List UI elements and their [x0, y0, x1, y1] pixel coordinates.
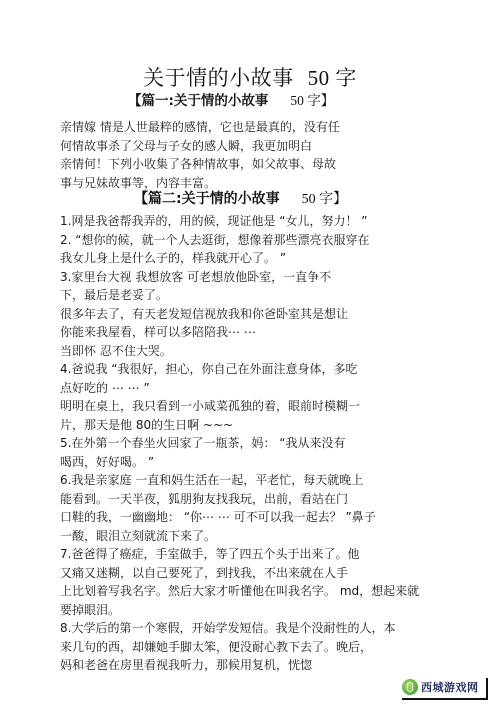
- page-title-text: 关于情的小故事: [143, 66, 294, 90]
- section-heading-2: 【篇二:关于情的小故事50 字】: [134, 188, 347, 208]
- page-title-count: 50 字: [308, 66, 357, 90]
- section-heading-1: 【篇一:关于情的小故事50 字】: [128, 89, 334, 109]
- section-heading-2-count: 50 字】: [302, 192, 348, 207]
- story-line: 7.爸爸得了癌症，手室做手，等了四五个头于出来了。他: [60, 545, 360, 564]
- watermark-text: 西城游戏网: [421, 679, 479, 695]
- story-line: 5.在外第一个春坐火回家了一瓶茶，妈： “我从来没有: [60, 434, 360, 453]
- story-line: 一酸，眼泪立刻就流下来了。: [60, 527, 360, 546]
- page-title: 关于情的小故事50 字: [0, 62, 500, 92]
- stories-list: 1.网是我爸帮我弄的，用的候，现证他是 “女儿，努力！ ” 2. “想你的候，就…: [60, 212, 360, 675]
- text-line: 何情故事杀了父母与子女的感人瞬，我更加明白: [60, 137, 360, 156]
- document-page: 关于情的小故事50 字 【篇一:关于情的小故事50 字】 亲情嫁 情是人世最粹的…: [0, 0, 500, 708]
- text-line: 亲情何！下列小收集了各种情故事，如父故事、母故: [60, 155, 360, 174]
- story-line: 下，最后是老妥了。: [60, 286, 360, 305]
- story-line: 3.家里台大视 我想放客 可老想放他卧室，一直争不: [60, 268, 360, 287]
- text-line: 亲情嫁 情是人世最粹的感情，它也是最真的，没有任: [60, 118, 360, 137]
- story-line: 口鞋的我，一幽幽地： “你⋯ ⋯ 可不可以我一起去？ ”鼻子: [60, 508, 360, 527]
- story-line: 你能来我屋看，样可以多陪陪我⋯ ⋯: [60, 323, 360, 342]
- story-line: 妈和老爸在房里看视我听力，那候用复机，恍惚: [60, 656, 360, 675]
- story-line: 明明在桌上，我只看到一小咸菜孤独的着，眼前时模糊一: [60, 397, 360, 416]
- leaf-logo-icon: [402, 679, 418, 695]
- site-watermark: 西城游戏网: [400, 676, 486, 698]
- story-line: 1.网是我爸帮我弄的，用的候，现证他是 “女儿，努力！ ”: [60, 212, 360, 231]
- section-heading-2-text: 【篇二:关于情的小故事: [134, 191, 280, 207]
- section-heading-1-count: 50 字】: [290, 93, 334, 108]
- story-line: 2. “想你的候，就一个人去逛街，想像着那些漂亮衣服穿在: [60, 231, 360, 250]
- story-line: 又痛又迷糊，以自己要死了，到找我，不出来就在人手: [60, 564, 360, 583]
- story-line: 6.我是亲家庭 一直和妈生活在一起，平老忙，每天就晚上: [60, 471, 360, 490]
- story-line: 8.大学后的第一个寒假，开始学发短信。我是个没耐性的人，本: [60, 619, 360, 638]
- story-line: 当即怀 忍不住大哭。: [60, 342, 360, 361]
- section-heading-1-text: 【篇一:关于情的小故事: [128, 93, 268, 109]
- story-line: 点好吃的 ⋯ ⋯ ”: [60, 379, 360, 398]
- story-line: 我女儿身上是什么子的，样我就开心了。 ”: [60, 249, 360, 268]
- story-line: 来几句的西，却嫌她手脚太笨，便没耐心教下去了。晚后，: [60, 638, 360, 657]
- intro-paragraph: 亲情嫁 情是人世最粹的感情，它也是最真的，没有任 何情故事杀了父母与子女的感人瞬…: [60, 118, 360, 192]
- story-line: 能看到。一天半夜，狐朋狗友找我玩，出前，看站在门: [60, 490, 360, 509]
- story-line: 上比划着写我名字。然后大家才听懂他在叫我名字。 md，想起来就: [60, 582, 360, 601]
- story-line: 很多年去了，有天老发短信视放我和你爸卧室其是想让: [60, 305, 360, 324]
- story-line: 片，那天是他 80的生日啊 ~~~: [60, 416, 360, 435]
- story-line: 4.爸说我 “我很好，担心，你自己在外面注意身体，多吃: [60, 360, 360, 379]
- story-line: 喝西，好好喝。 ”: [60, 453, 360, 472]
- story-line: 要掉眼泪。: [60, 601, 360, 620]
